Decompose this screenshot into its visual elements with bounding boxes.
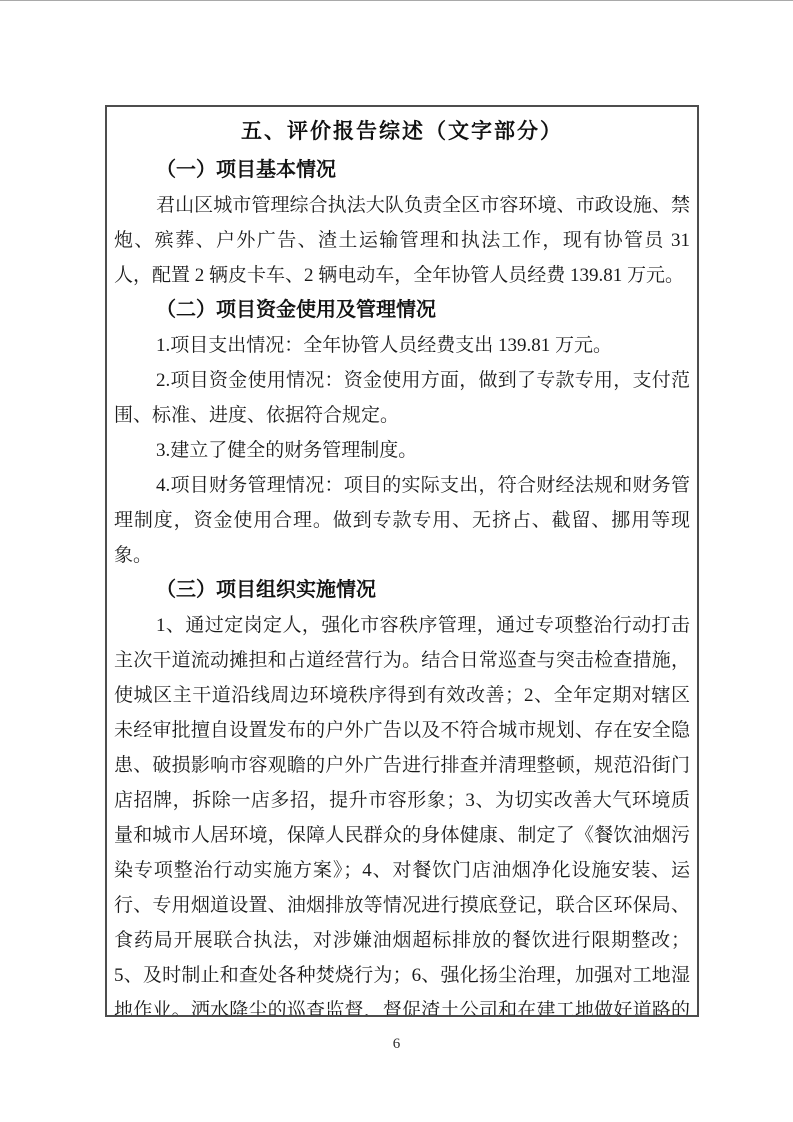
heading-funds-usage: （二）项目资金使用及管理情况 <box>114 293 690 328</box>
section-basic-info: （一）项目基本情况 君山区城市管理综合执法大队负责全区市容环境、市政设施、禁炮、… <box>114 153 690 293</box>
paragraph-expenditure: 1.项目支出情况：全年协管人员经费支出 139.81 万元。 <box>114 328 690 363</box>
page-top-edge-line <box>0 0 793 1</box>
section-implementation: （三）项目组织实施情况 1、通过定岗定人，强化市容秩序管理，通过专项整治行动打击… <box>114 573 690 1017</box>
paragraph-finance-system: 3.建立了健全的财务管理制度。 <box>114 433 690 468</box>
report-section-title: 五、评价报告综述（文字部分） <box>114 109 690 153</box>
paragraph-project-basic-info: 君山区城市管理综合执法大队负责全区市容环境、市政设施、禁炮、殡葬、户外广告、渣土… <box>114 188 690 293</box>
page-number: 6 <box>0 1036 793 1053</box>
section-funds-usage: （二）项目资金使用及管理情况 1.项目支出情况：全年协管人员经费支出 139.8… <box>114 293 690 573</box>
heading-project-basic-info: （一）项目基本情况 <box>114 153 690 188</box>
paragraph-funds-use: 2.项目资金使用情况：资金使用方面，做到了专款专用，支付范围、标准、进度、依据符… <box>114 363 690 433</box>
heading-implementation: （三）项目组织实施情况 <box>114 573 690 608</box>
document-page: 五、评价报告综述（文字部分） （一）项目基本情况 君山区城市管理综合执法大队负责… <box>0 0 793 1122</box>
paragraph-finance-management: 4.项目财务管理情况：项目的实际支出，符合财经法规和财务管理制度，资金使用合理。… <box>114 468 690 573</box>
report-border-box: 五、评价报告综述（文字部分） （一）项目基本情况 君山区城市管理综合执法大队负责… <box>105 105 699 1017</box>
paragraph-implementation-details: 1、通过定岗定人，强化市容秩序管理，通过专项整治行动打击主次干道流动摊担和占道经… <box>114 608 690 1017</box>
